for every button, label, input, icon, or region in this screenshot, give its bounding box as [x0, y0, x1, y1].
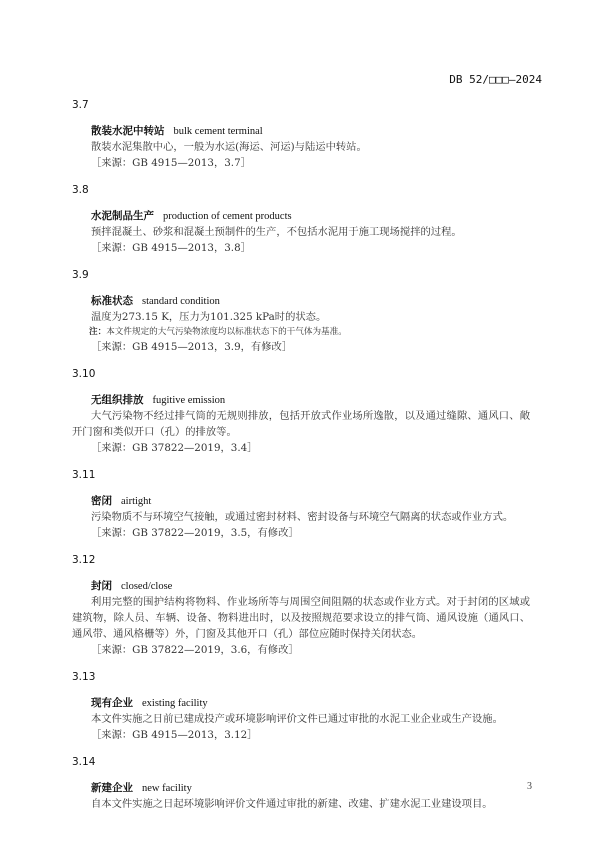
- term-entry: 3.12 封闭closed/close 利用完整的围护结构将物料、作业场所等与周…: [72, 553, 530, 658]
- term-source: ［来源：GB 37822—2019，3.6，有修改］: [72, 642, 530, 658]
- terms-definitions-section: 3.7 散装水泥中转站bulk cement terminal 散装水泥集散中心…: [72, 98, 530, 812]
- term-chinese: 标准状态: [91, 295, 133, 307]
- term-entry: 3.8 水泥制品生产production of cement products …: [72, 183, 530, 256]
- term-chinese: 无组织排放: [91, 394, 144, 406]
- term-entry: 3.11 密闭airtight 污染物质不与环境空气接触，或通过密封材料、密封设…: [72, 468, 530, 541]
- term-chinese: 密闭: [91, 495, 112, 507]
- term-entry: 3.13 现有企业existing facility 本文件实施之日前已建成投产…: [72, 670, 530, 743]
- term-chinese: 水泥制品生产: [91, 210, 154, 222]
- term-heading: 密闭airtight: [72, 494, 530, 509]
- term-definition: 温度为273.15 K，压力为101.325 kPa时的状态。: [72, 309, 530, 325]
- term-definition: 污染物质不与环境空气接触，或通过密封材料、密封设备与环境空气隔离的状态或作业方式…: [72, 509, 530, 525]
- term-english: existing facility: [142, 698, 208, 709]
- term-entry: 3.9 标准状态standard condition 温度为273.15 K，压…: [72, 268, 530, 355]
- term-entry: 3.7 散装水泥中转站bulk cement terminal 散装水泥集散中心…: [72, 98, 530, 171]
- term-entry: 3.14 新建企业new facility 自本文件实施之日起环境影响评价文件通…: [72, 755, 530, 812]
- term-heading: 封闭closed/close: [72, 579, 530, 594]
- term-definition: 自本文件实施之日起环境影响评价文件通过审批的新建、改建、扩建水泥工业建设项目。: [72, 796, 530, 812]
- term-source: ［来源：GB 37822—2019，3.5，有修改］: [72, 525, 530, 541]
- term-source: ［来源：GB 4915—2013，3.7］: [72, 155, 530, 171]
- term-heading: 标准状态standard condition: [72, 294, 530, 309]
- term-chinese: 封闭: [91, 580, 112, 592]
- term-chinese: 散装水泥中转站: [91, 125, 165, 137]
- clause-number: 3.7: [72, 98, 530, 112]
- term-source: ［来源：GB 4915—2013，3.12］: [72, 727, 530, 743]
- term-chinese: 现有企业: [91, 697, 133, 709]
- term-english: fugitive emission: [153, 395, 226, 406]
- clause-number: 3.9: [72, 268, 530, 282]
- term-chinese: 新建企业: [91, 782, 133, 794]
- term-english: airtight: [121, 496, 151, 507]
- term-definition: 大气污染物不经过排气筒的无规则排放，包括开放式作业场所逸散，以及通过缝隙、通风口…: [72, 408, 530, 440]
- note-text: 本文件规定的大气污染物浓度均以标准状态下的干气体为基准。: [106, 327, 347, 337]
- term-definition: 预拌混凝土、砂浆和混凝土预制件的生产，不包括水泥用于施工现场搅拌的过程。: [72, 224, 530, 240]
- term-heading: 新建企业new facility: [72, 781, 530, 796]
- term-source: ［来源：GB 4915—2013，3.9，有修改］: [72, 339, 530, 355]
- term-english: bulk cement terminal: [174, 126, 263, 137]
- clause-number: 3.11: [72, 468, 530, 482]
- term-english: closed/close: [121, 581, 172, 592]
- clause-number: 3.8: [72, 183, 530, 197]
- clause-number: 3.13: [72, 670, 530, 684]
- term-heading: 现有企业existing facility: [72, 696, 530, 711]
- term-definition: 利用完整的围护结构将物料、作业场所等与周围空间阻隔的状态或作业方式。对于封闭的区…: [72, 594, 530, 642]
- term-english: new facility: [142, 783, 192, 794]
- term-heading: 无组织排放fugitive emission: [72, 393, 530, 408]
- term-english: production of cement products: [163, 211, 292, 222]
- term-heading: 水泥制品生产production of cement products: [72, 209, 530, 224]
- clause-number: 3.14: [72, 755, 530, 769]
- term-source: ［来源：GB 4915—2013，3.8］: [72, 240, 530, 256]
- term-definition: 散装水泥集散中心，一般为水运(海运、河运)与陆运中转站。: [72, 139, 530, 155]
- term-entry: 3.10 无组织排放fugitive emission 大气污染物不经过排气筒的…: [72, 367, 530, 456]
- page-number: 3: [527, 781, 532, 792]
- term-english: standard condition: [142, 296, 220, 307]
- term-heading: 散装水泥中转站bulk cement terminal: [72, 124, 530, 139]
- document-code-header: DB 52/□□□—2024: [449, 73, 542, 86]
- note-label: 注：: [89, 327, 106, 337]
- term-source: ［来源：GB 37822—2019，3.4］: [72, 440, 530, 456]
- term-definition: 本文件实施之日前已建成投产或环境影响评价文件已通过审批的水泥工业企业或生产设施。: [72, 711, 530, 727]
- term-note: 注：本文件规定的大气污染物浓度均以标准状态下的干气体为基准。: [72, 325, 530, 339]
- clause-number: 3.10: [72, 367, 530, 381]
- clause-number: 3.12: [72, 553, 530, 567]
